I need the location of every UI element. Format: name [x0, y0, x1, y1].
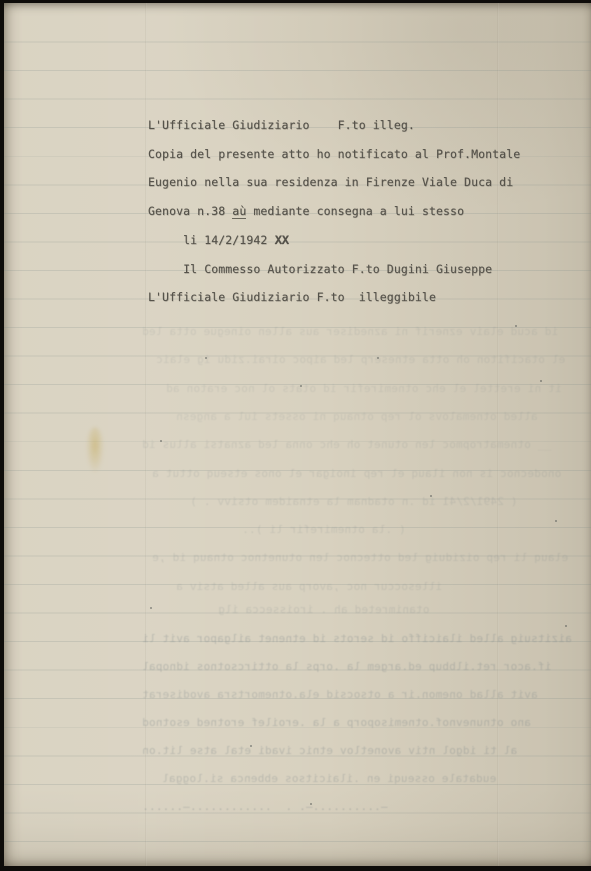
bleed-through-line: avit allad onemon.ir a otsocsid ela.otne… — [142, 688, 538, 701]
typed-line-1: L'Ufficiale Giudiziario F.to illeg. — [148, 111, 520, 140]
bleed-through-line: __ otnematropmoc len otunet oh ehc onna … — [142, 438, 551, 451]
typed-line-3: Eugenio nella sua residenza in Firenze V… — [148, 168, 520, 197]
ink-speck — [555, 520, 557, 522]
bleed-through-line: ( .la otnemirefir li ).. — [242, 523, 406, 536]
scan-background: L'Ufficiale Giudiziario F.to illeg. Copi… — [0, 0, 591, 871]
ink-speck — [205, 357, 207, 359]
bleed-through-line: ano otnunevnof.otnemisoporp a la .eroile… — [142, 716, 531, 729]
bleed-through-line: —..........—. . ............—...... — [142, 800, 388, 813]
typed-line-7: L'Ufficiale Giudiziario F.to illeggibile — [148, 283, 520, 312]
line-text: Eugenio nella sua residenza in Firenze V… — [148, 175, 513, 189]
ink-speck — [250, 745, 252, 747]
ink-speck — [565, 625, 567, 627]
bleed-through-line: alled otnemalovs ol rep otnauq ni ossets… — [176, 410, 538, 423]
line-text: Genova n.38 — [148, 204, 232, 218]
bleed-through-line: id acud elaiv eznerif ni aznediser aus a… — [142, 325, 558, 338]
typed-line-4: Genova n.38 aù mediante consegna a lui s… — [148, 197, 520, 226]
typed-line-6: Il Commesso Autorizzato F.to Dugini Gius… — [148, 255, 520, 284]
ink-speck — [377, 357, 379, 359]
scanned-document-page: { "document": { "kind": "typewritten-not… — [0, 0, 591, 871]
bleed-through-line: eudatale osseuqi en .ilaicitsos ebbenca … — [162, 772, 496, 785]
bleed-through-line: if.acor ret.ilbbup ed.argem la .orps la … — [142, 660, 551, 673]
underlined-correction: aù — [232, 204, 246, 219]
ink-speck — [160, 440, 162, 442]
bleed-through-line: illesoccur noc ,avorp aus alled atsiv a — [176, 580, 442, 593]
bleed-through-line: al ti idgol ntiv avonetlov etnic ivadi e… — [142, 744, 517, 757]
fold-line-left — [145, 3, 147, 866]
line-text: Il Commesso Autorizzato F.to Dugini Gius… — [148, 262, 492, 276]
ink-speck — [300, 385, 302, 387]
line-text: L'Ufficiale Giudiziario F.to illeggibile — [148, 290, 436, 304]
bleed-through-line: ( 2491/2/41 id .n otadnam la etnaidem ot… — [190, 495, 517, 508]
line-text: mediante consegna a lui stesso — [246, 204, 464, 218]
ink-speck — [515, 325, 517, 327]
overstruck-era-numeral: XX — [274, 233, 288, 247]
typed-line-5-date: li 14/2/1942 XX — [148, 226, 520, 255]
bleed-through-line: onodecnoc is non ilauq el rep inoigar el… — [152, 467, 561, 480]
typed-text-block: L'Ufficiale Giudiziario F.to illeg. Copi… — [148, 111, 520, 312]
line-text: Copia del presente atto ho notificato al… — [148, 147, 520, 161]
ink-speck — [310, 803, 312, 805]
paper-stain — [86, 427, 104, 473]
bleed-through-line: aizitsuig alled ilaiciffo id serots id e… — [142, 632, 572, 645]
ink-speck — [430, 495, 432, 497]
line-text: li 14/2/1942 — [148, 233, 274, 247]
bleed-through-line: otanimreted ah . iroissecca ilg — [218, 603, 430, 616]
ink-speck — [540, 380, 542, 382]
typed-line-2: Copia del presente atto ho notificato al… — [148, 140, 520, 169]
paper: L'Ufficiale Giudiziario F.to illeg. Copi… — [4, 3, 591, 866]
bleed-through-line: it ni erettel el ehc otnemirefir id otat… — [166, 382, 562, 395]
line-text: L'Ufficiale Giudiziario F.to illeg. — [148, 118, 415, 132]
bleed-through-line: el otacifiton oh otta etneserp led aipoc… — [156, 353, 565, 366]
bleed-through-line: elauq li rep oiziduig led ottecnoc len o… — [152, 551, 568, 564]
ink-speck — [150, 607, 152, 609]
